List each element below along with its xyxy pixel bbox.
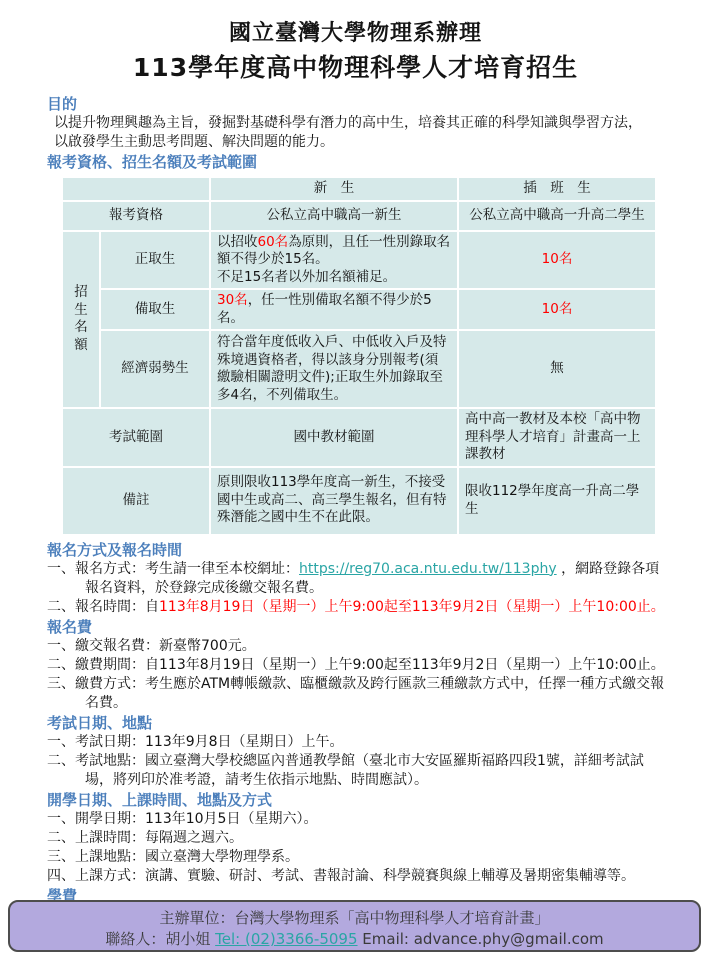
list-item: 一、開學日期：113年10月5日（星期六）。	[47, 810, 669, 829]
text-segment: 一、考試日期：113年9月8日（星期日）上午。	[47, 734, 344, 750]
text-segment: 二、報名時間：自	[47, 599, 159, 615]
purpose-text-line: 以啟發學生主動思考問題、解決問題的能力。	[47, 133, 669, 152]
text-segment: 30名	[217, 292, 248, 308]
text-segment: 10名	[542, 251, 573, 267]
row-label-exam-scope: 考試範圍	[63, 409, 209, 466]
admission-quota-table: 新 生 插 班 生 報考資格 公私立高中職高一新生 公私立高中職高一升高二學生 …	[61, 176, 657, 536]
list-item: 二、上課時間：每隔週之週六。	[47, 829, 669, 848]
text-segment: 二、考試地點：國立臺灣大學校總區內普通教學館（臺北市大安區羅斯福路四段1號，詳細…	[47, 753, 644, 788]
text-segment: 113年8月19日（星期一）上午9:00起至113年9月2日（星期一）上午10:…	[159, 599, 665, 615]
text-segment: Email: advance.phy@gmail.com	[358, 930, 604, 948]
organizer-footer: 主辦單位：台灣大學物理系「高中物理科學人才培育計畫」 聯絡人：胡小姐 Tel: …	[8, 900, 701, 952]
cell-regular-new: 以招收60名為原則，且任一性別錄取名額不得少於15名。 不足15名者以外加名額補…	[211, 232, 457, 289]
text-segment: 二、繳費期間：自113年8月19日（星期一）上午9:00起至113年9月2日（星…	[47, 657, 665, 673]
text-segment: 一、報名方式：考生請一律至本校網址：	[47, 561, 299, 577]
organizer-line: 主辦單位：台灣大學物理系「高中物理科學人才培育計畫」	[10, 908, 699, 929]
section-heading: 考試日期、地點	[47, 714, 669, 733]
row-group-label-quota: 招生名額	[63, 232, 99, 408]
text-segment: 10名	[542, 301, 573, 317]
document-title: 國立臺灣大學物理系辦理 113學年度高中物理科學人才培育招生	[0, 0, 711, 84]
cell-qualification-transfer: 公私立高中職高一升高二學生	[459, 202, 655, 230]
list-item: 四、上課方式：演講、實驗、研討、考試、書報討論、科學競賽與線上輔導及暑期密集輔導…	[47, 867, 669, 886]
section-heading-quota-table: 報考資格、招生名額及考試範圍	[47, 153, 669, 172]
cell-remarks-new: 原則限收113學年度高一新生，不接受國中生或高二、高三學生報名，但有特殊潛能之國…	[211, 468, 457, 534]
text-segment: 四、上課方式：演講、實驗、研討、考試、書報討論、科學競賽與線上輔導及暑期密集輔導…	[47, 868, 635, 884]
list-item: 一、繳交報名費：新臺幣700元。	[47, 637, 669, 656]
text-segment: 一、開學日期：113年10月5日（星期六）。	[47, 811, 317, 827]
row-label-waitlist: 備取生	[101, 290, 209, 329]
cell-remarks-transfer: 限收112學年度高一升高二學生	[459, 468, 655, 534]
list-item: 三、上課地點：國立臺灣大學物理學系。	[47, 848, 669, 867]
row-label-regular: 正取生	[101, 232, 209, 289]
cell-disadvantaged-new: 符合當年度低收入戶、中低收入戶及特殊境遇資格者，得以該身分別報考(須繳驗相關證明…	[211, 331, 457, 407]
cell-regular-transfer: 10名	[459, 232, 655, 289]
list-item: 二、繳費期間：自113年8月19日（星期一）上午9:00起至113年9月2日（星…	[47, 656, 669, 675]
section-heading: 開學日期、上課時間、地點及方式	[47, 791, 669, 810]
row-label-disadvantaged: 經濟弱勢生	[101, 331, 209, 407]
cell-qualification-new: 公私立高中職高一新生	[211, 202, 457, 230]
document-page: 國立臺灣大學物理系辦理 113學年度高中物理科學人才培育招生 目的 以提升物理興…	[0, 0, 711, 957]
title-line-1: 國立臺灣大學物理系辦理	[0, 20, 711, 49]
list-item: 三、繳費方式：考生應於ATM轉帳繳款、臨櫃繳款及跨行匯款三種繳款方式中，任擇一種…	[47, 675, 669, 713]
list-item: 一、考試日期：113年9月8日（星期日）上午。	[47, 733, 669, 752]
text-sections: 報名方式及報名時間一、報名方式：考生請一律至本校網址：https://reg70…	[47, 541, 669, 944]
column-header-new-student: 新 生	[211, 178, 457, 200]
row-label-remarks: 備註	[63, 468, 209, 534]
list-item: 二、報名時間：自113年8月19日（星期一）上午9:00起至113年9月2日（星…	[47, 598, 669, 617]
cell-waitlist-transfer: 10名	[459, 290, 655, 329]
section-heading-purpose: 目的	[47, 95, 669, 114]
contact-line: 聯絡人：胡小姐 Tel: (02)3366-5095 Email: advanc…	[10, 929, 699, 950]
table-corner-cell	[63, 178, 209, 200]
tel-link[interactable]: Tel: (02)3366-5095	[215, 930, 357, 948]
cell-exam-scope-transfer: 高中高一教材及本校「高中物理科學人才培育」計畫高一上課教材	[459, 409, 655, 466]
text-segment: 一、繳交報名費：新臺幣700元。	[47, 638, 256, 654]
document-body: 目的 以提升物理興趣為主旨，發掘對基礎科學有潛力的高中生，培養其正確的科學知識與…	[0, 84, 711, 944]
section-heading: 報名方式及報名時間	[47, 541, 669, 560]
list-item: 二、考試地點：國立臺灣大學校總區內普通教學館（臺北市大安區羅斯福路四段1號，詳細…	[47, 752, 669, 790]
section-heading: 報名費	[47, 618, 669, 637]
text-segment: 聯絡人：胡小姐	[105, 930, 215, 948]
text-segment: ，任一性別備取名額不得少於5名。	[217, 292, 432, 326]
list-item: 一、報名方式：考生請一律至本校網址：https://reg70.aca.ntu.…	[47, 560, 669, 598]
registration-url-link[interactable]: https://reg70.aca.ntu.edu.tw/113phy	[299, 561, 557, 577]
purpose-text-line: 以提升物理興趣為主旨，發掘對基礎科學有潛力的高中生，培養其正確的科學知識與學習方…	[47, 114, 669, 133]
text-segment: 以招收	[217, 234, 258, 250]
row-label-qualification: 報考資格	[63, 202, 209, 230]
text-segment: 三、繳費方式：考生應於ATM轉帳繳款、臨櫃繳款及跨行匯款三種繳款方式中，任擇一種…	[47, 676, 664, 711]
text-segment: 60名	[258, 234, 289, 250]
text-segment: 三、上課地點：國立臺灣大學物理學系。	[47, 849, 299, 865]
text-segment: 二、上課時間：每隔週之週六。	[47, 830, 243, 846]
cell-exam-scope-new: 國中教材範圍	[211, 409, 457, 466]
column-header-transfer-student: 插 班 生	[459, 178, 655, 200]
cell-waitlist-new: 30名，任一性別備取名額不得少於5名。	[211, 290, 457, 329]
title-line-2: 113學年度高中物理科學人才培育招生	[0, 52, 711, 85]
cell-disadvantaged-transfer: 無	[459, 331, 655, 407]
